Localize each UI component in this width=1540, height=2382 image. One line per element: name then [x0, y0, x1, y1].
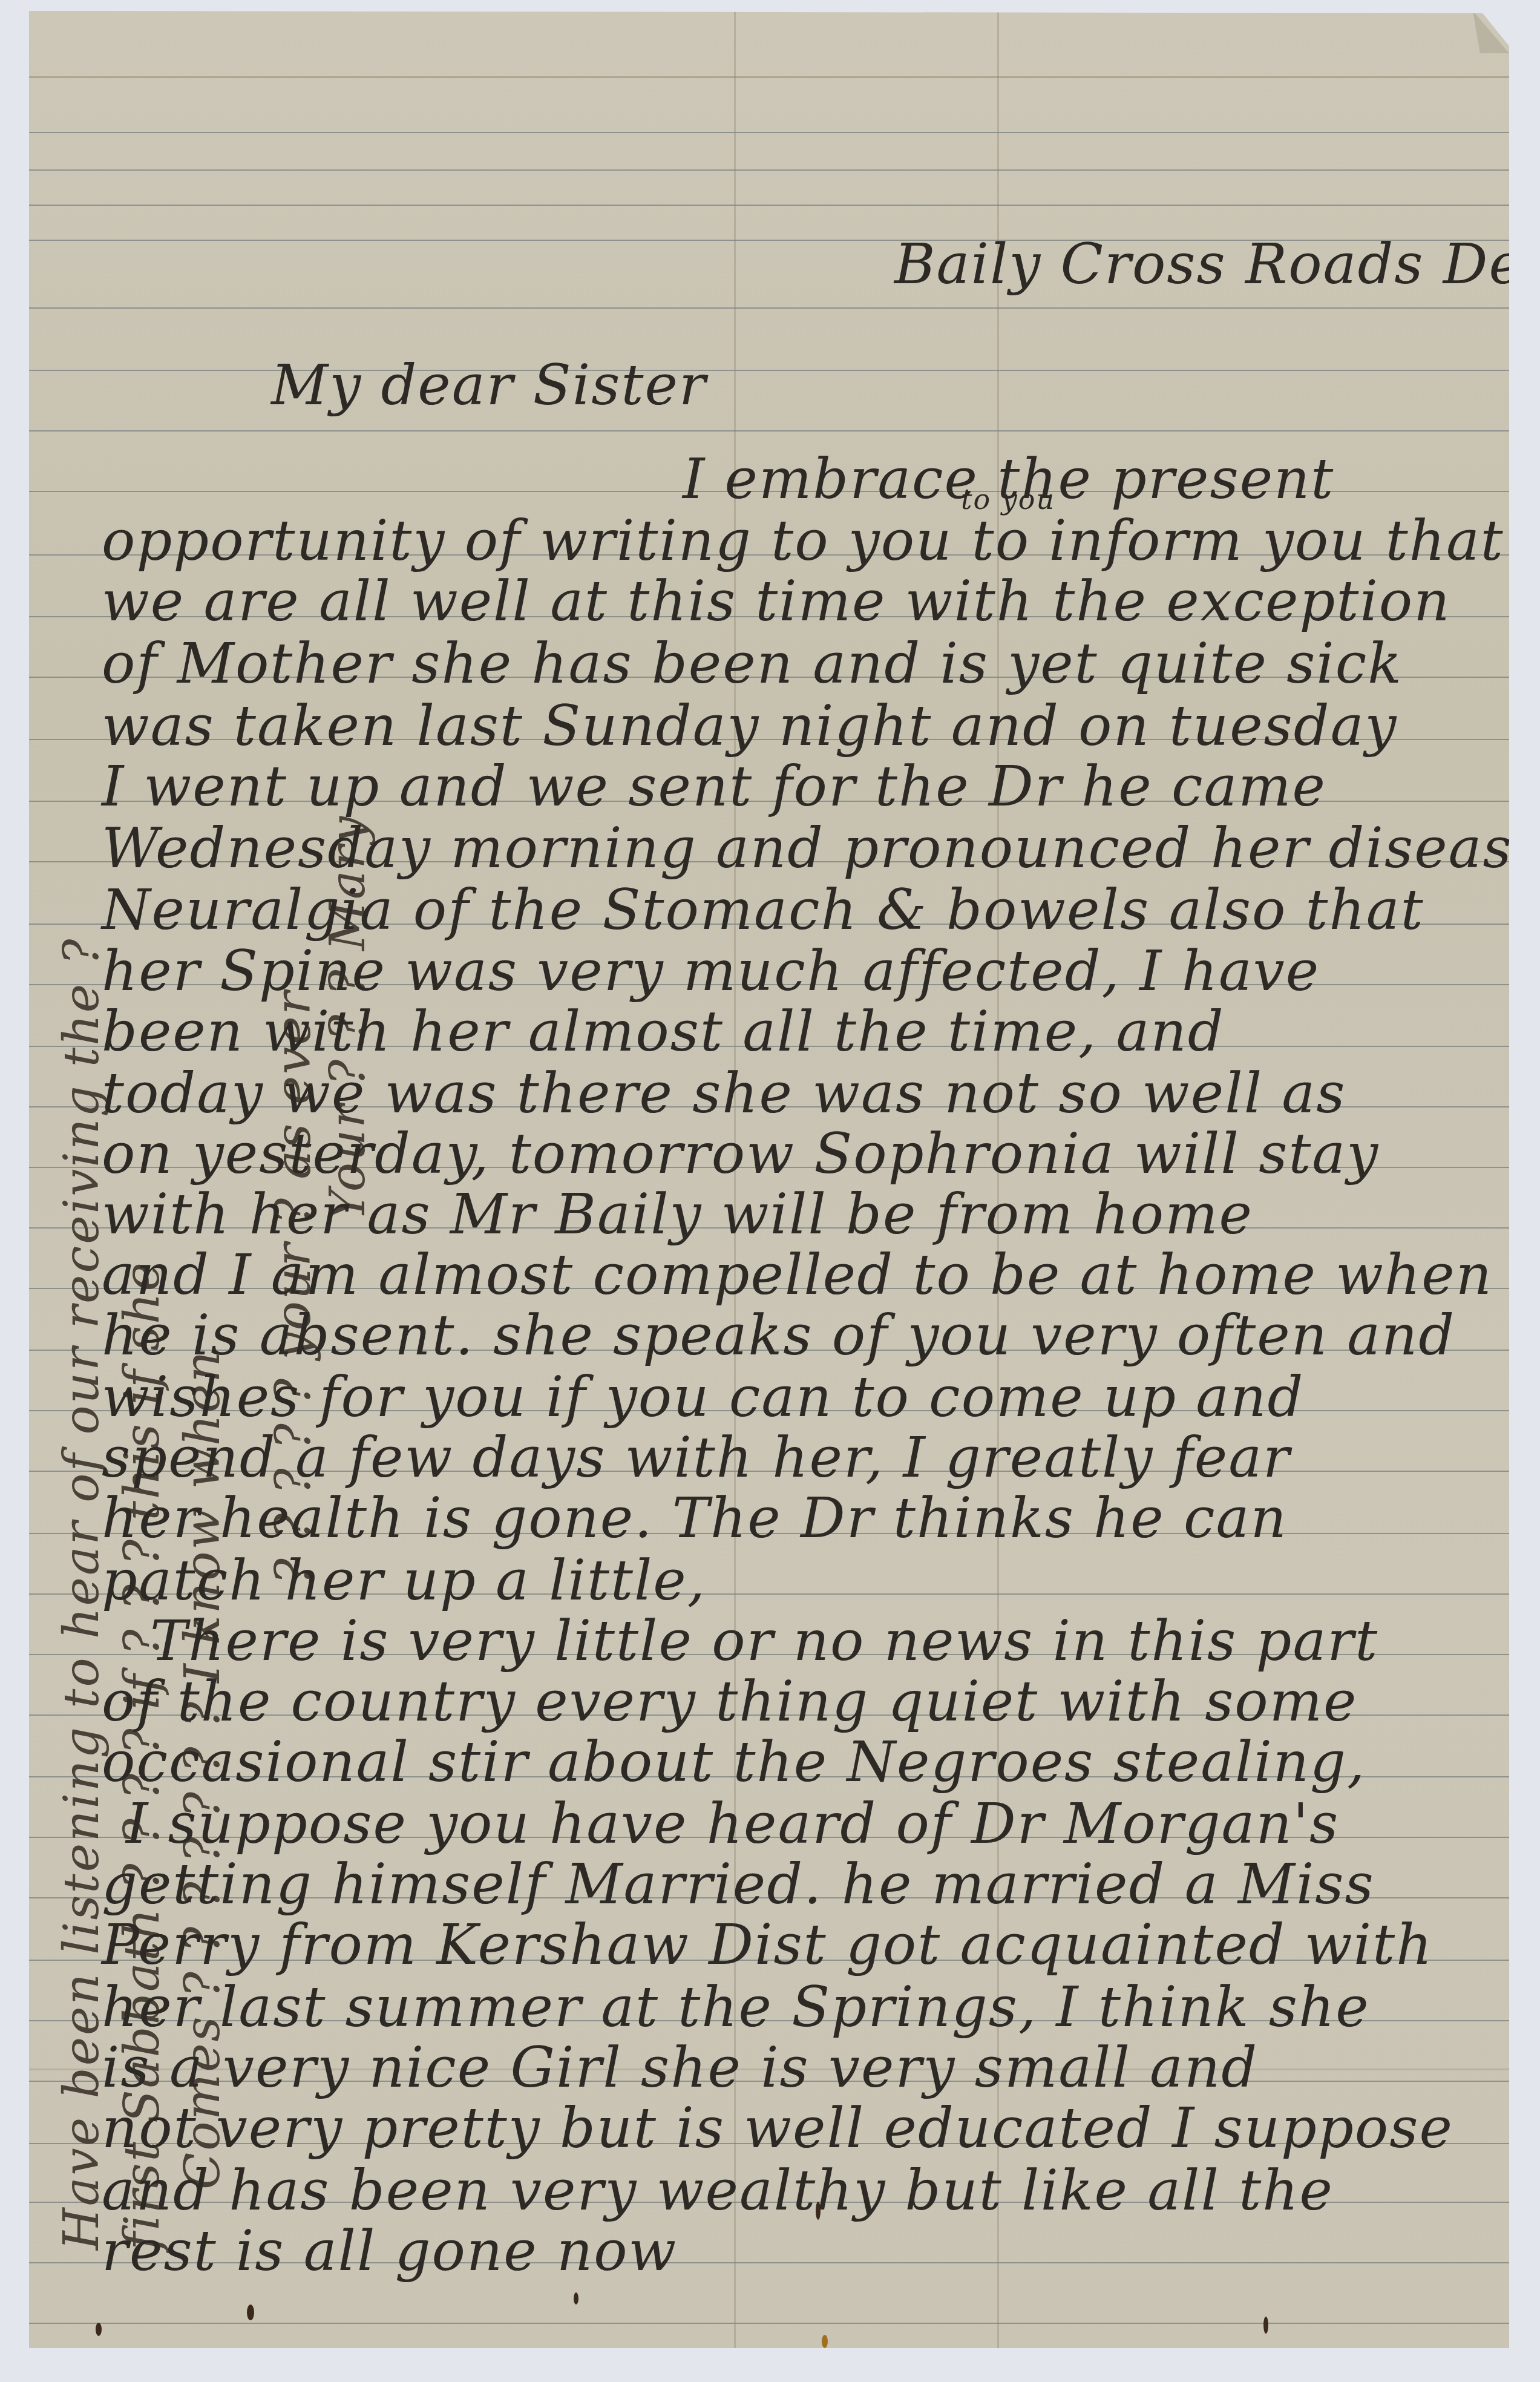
- ruled-line: [29, 169, 1509, 171]
- body-line: her health is gone. The Dr thinks he can: [102, 1486, 1288, 1550]
- body-line: we are all well at this time with the ex…: [102, 569, 1450, 634]
- body-line: Neuralgia of the Stomach & bowels also t…: [102, 878, 1424, 942]
- body-line: her Spine was very much affected, I have: [102, 939, 1320, 1003]
- body-line: he is absent. she speaks of you very oft…: [102, 1303, 1455, 1368]
- dateline: Baily Cross Roads Dec 6/60: [894, 232, 1540, 297]
- ruled-line: [29, 205, 1509, 206]
- salutation: My dear Sister: [271, 353, 707, 418]
- body-line: I went up and we sent for the Dr he came: [102, 754, 1326, 819]
- body-line: There is very little or no news in this …: [150, 1609, 1378, 1673]
- letter-page: Have been listening to hear of our recei…: [29, 11, 1509, 2348]
- body-line: was taken last Sunday night and on tuesd…: [102, 694, 1398, 758]
- ink-stain: [1263, 2317, 1268, 2334]
- ink-stain: [574, 2292, 578, 2305]
- ruled-line: [29, 430, 1509, 431]
- ink-stain: [816, 2202, 821, 2220]
- body-line: of the country every thing quiet with so…: [102, 1669, 1357, 1734]
- body-line: is a very nice Girl she is very small an…: [102, 2035, 1258, 2100]
- ink-stain: [822, 2335, 828, 2348]
- fold-crease: [29, 76, 1509, 78]
- body-line: wishes for you if you can to come up and: [102, 1365, 1304, 1429]
- body-line: and I am almost compelled to be at home …: [102, 1242, 1493, 1307]
- ruled-line: [29, 307, 1509, 309]
- body-line: Perry from Kershaw Dist got acquainted w…: [102, 1912, 1433, 1977]
- body-line: with her as Mr Baily will be from home: [102, 1182, 1253, 1247]
- ruled-line: [29, 132, 1509, 133]
- body-line: and has been very wealthy but like all t…: [102, 2158, 1334, 2223]
- body-line: on yesterday, tomorrow Sophronia will st…: [102, 1121, 1379, 1186]
- ruled-line: [29, 370, 1509, 371]
- ruled-line: [29, 2323, 1509, 2324]
- body-line: spend a few days with her, I greatly fea…: [102, 1425, 1291, 1490]
- ink-stain: [247, 2305, 254, 2320]
- body-line: rest is all gone now: [102, 2219, 677, 2283]
- body-line: I suppose you have heard of Dr Morgan's: [126, 1791, 1339, 1856]
- body-line: occasional stir about the Negroes steali…: [102, 1730, 1366, 1794]
- body-line: getting himself Married. he married a Mi…: [102, 1852, 1375, 1917]
- body-line: Wednesday morning and pronounced her dis…: [102, 816, 1540, 881]
- body-line: of Mother she has been and is yet quite …: [102, 631, 1403, 696]
- folded-corner: [1473, 11, 1509, 53]
- body-line: been with her almost all the time, and: [102, 999, 1225, 1064]
- body-line: her last summer at the Springs, I think …: [102, 1975, 1370, 2039]
- body-line: opportunity of writing to you to inform …: [102, 508, 1504, 573]
- body-line: patch her up a little,: [102, 1548, 706, 1613]
- ink-stain: [96, 2323, 102, 2336]
- body-line: I embrace the present: [683, 447, 1334, 511]
- body-line: today we was there she was not so well a…: [102, 1061, 1346, 1126]
- body-line: not very pretty but is well educated I s…: [102, 2096, 1453, 2161]
